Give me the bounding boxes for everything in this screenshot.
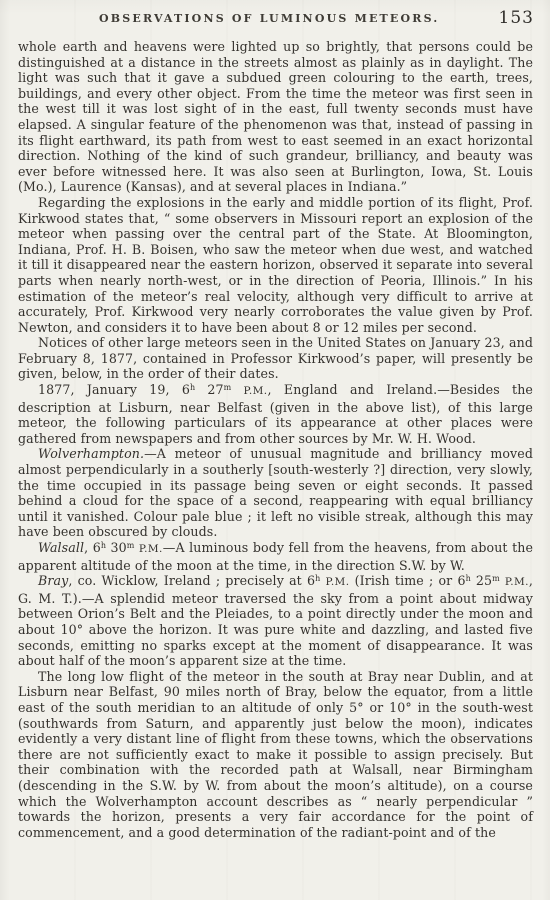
text-run: The long low flight of the meteor in the… <box>18 669 533 840</box>
paragraph: Notices of other large meteors seen in t… <box>18 335 533 382</box>
text-run <box>231 382 243 397</box>
text-run: (Irish time ; or 6 <box>349 573 465 588</box>
text-run: 30 <box>106 540 127 555</box>
text-run: , co. Wicklow, Ireland ; precisely at 6 <box>68 573 315 588</box>
text-run: 1877, January 19, 6 <box>38 382 190 397</box>
paragraph: whole earth and heavens were lighted up … <box>18 39 533 195</box>
superscript-run: m <box>492 574 500 583</box>
paragraph: Wolverhampton.—A meteor of unusual magni… <box>18 446 533 540</box>
paragraph: 1877, January 19, 6h 27m P.M., England a… <box>18 382 533 446</box>
text-run: Notices of other large meteors seen in t… <box>18 335 533 381</box>
small-caps-run: P.M. <box>139 543 163 555</box>
paragraph: The long low flight of the meteor in the… <box>18 669 533 841</box>
italic-run: Wolverhampton. <box>38 446 144 461</box>
small-caps-run: P.M. <box>325 576 349 588</box>
text-run: 27 <box>195 382 224 397</box>
italic-run: Bray <box>38 573 68 588</box>
running-header-title: OBSERVATIONS OF LUMINOUS METEORS. <box>99 12 439 25</box>
small-caps-run: P.M. <box>244 385 268 397</box>
paragraph: Walsall, 6h 30m P.M.—A luminous body fel… <box>18 540 533 573</box>
italic-run: Walsall <box>38 540 84 555</box>
paragraph: Bray, co. Wicklow, Ireland ; precisely a… <box>18 573 533 669</box>
small-caps-run: P.M. <box>505 576 529 588</box>
page-text: whole earth and heavens were lighted up … <box>18 39 533 840</box>
scanned-book-page: OBSERVATIONS OF LUMINOUS METEORS. 153 wh… <box>0 0 550 900</box>
text-run: whole earth and heavens were lighted up … <box>18 39 533 194</box>
paragraph: Regarding the explosions in the early an… <box>18 195 533 335</box>
text-run: , 6 <box>84 540 101 555</box>
text-run: 25 <box>471 573 492 588</box>
text-run: Regarding the explosions in the early an… <box>18 195 533 335</box>
page-number: 153 <box>499 8 534 28</box>
running-header: OBSERVATIONS OF LUMINOUS METEORS. 153 <box>18 8 534 30</box>
